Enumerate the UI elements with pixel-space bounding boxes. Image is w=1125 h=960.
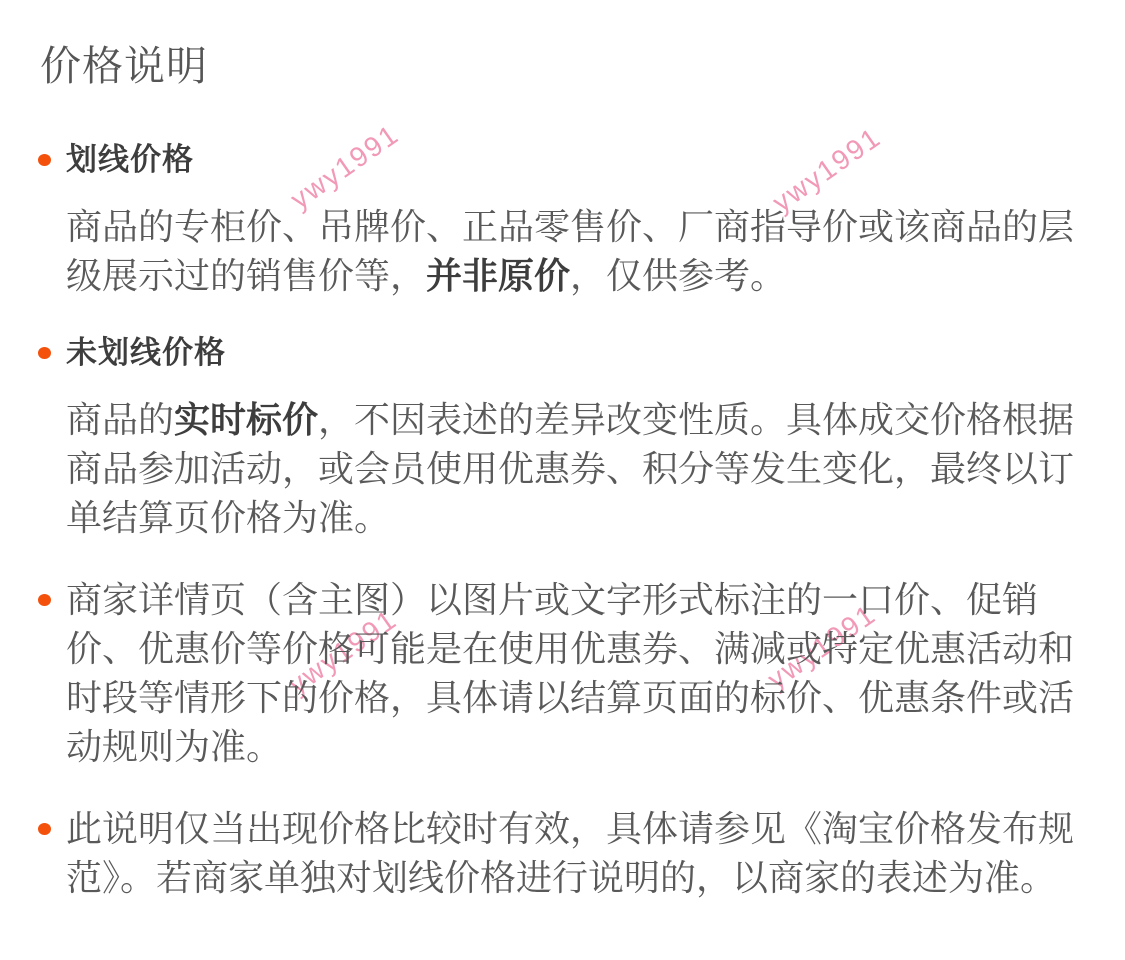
body-text: 范》。若商家单独对划线价格进行说明的，以商家的表述为准。 bbox=[66, 857, 1056, 898]
paragraph-line: 价、优惠价等价格可能是在使用优惠券、满减或特定优惠活动和 bbox=[66, 624, 1080, 673]
paragraph-line: 商家详情页（含主图）以图片或文字形式标注的一口价、促销 bbox=[66, 575, 1080, 624]
bullet-dot bbox=[38, 594, 51, 606]
body-text: 商品的 bbox=[66, 399, 174, 440]
bullet-dot bbox=[38, 347, 51, 359]
bullet-dot bbox=[38, 154, 51, 166]
section-heading: 划线价格 bbox=[66, 140, 1080, 180]
paragraph-line: 范》。若商家单独对划线价格进行说明的，以商家的表述为准。 bbox=[66, 853, 1080, 902]
paragraph-line: 商品参加活动，或会员使用优惠券、积分等发生变化，最终以订 bbox=[66, 444, 1080, 493]
body-text: 此说明仅当出现价格比较时有效，具体请参见《淘宝价格发布规 bbox=[66, 808, 1074, 849]
body-text: 级展示过的销售价等， bbox=[66, 255, 426, 296]
paragraph-line: 商品的专柜价、吊牌价、正品零售价、厂商指导价或该商品的层 bbox=[66, 202, 1080, 251]
paragraph-line: 动规则为准。 bbox=[66, 722, 1080, 771]
body-text: 商品参加活动，或会员使用优惠券、积分等发生变化，最终以订 bbox=[66, 448, 1074, 489]
bold-text: 并非原价 bbox=[426, 255, 570, 296]
body-text: ，不因表述的差异改变性质。具体成交价格根据 bbox=[318, 399, 1074, 440]
page-title: 价格说明 bbox=[40, 44, 1080, 88]
bullet-dot bbox=[38, 823, 51, 835]
body-text: 商家详情页（含主图）以图片或文字形式标注的一口价、促销 bbox=[66, 579, 1038, 620]
price-section: 此说明仅当出现价格比较时有效，具体请参见《淘宝价格发布规范》。若商家单独对划线价… bbox=[40, 804, 1080, 902]
body-text: ，仅供参考。 bbox=[570, 255, 786, 296]
section-body: 商品的实时标价，不因表述的差异改变性质。具体成交价格根据商品参加活动，或会员使用… bbox=[66, 395, 1080, 542]
price-section: 划线价格 商品的专柜价、吊牌价、正品零售价、厂商指导价或该商品的层级展示过的销售… bbox=[40, 140, 1080, 300]
body-text: 价、优惠价等价格可能是在使用优惠券、满减或特定优惠活动和 bbox=[66, 628, 1074, 669]
paragraph-line: 商品的实时标价，不因表述的差异改变性质。具体成交价格根据 bbox=[66, 395, 1080, 444]
bold-text: 实时标价 bbox=[174, 399, 318, 440]
body-text: 动规则为准。 bbox=[66, 726, 282, 767]
body-text: 单结算页价格为准。 bbox=[66, 497, 390, 538]
price-notice: 价格说明 划线价格 商品的专柜价、吊牌价、正品零售价、厂商指导价或该商品的层级展… bbox=[40, 44, 1080, 935]
paragraph-line: 单结算页价格为准。 bbox=[66, 493, 1080, 542]
section-body: 商家详情页（含主图）以图片或文字形式标注的一口价、促销价、优惠价等价格可能是在使… bbox=[66, 575, 1080, 771]
section-body: 商品的专柜价、吊牌价、正品零售价、厂商指导价或该商品的层级展示过的销售价等，并非… bbox=[66, 202, 1080, 300]
paragraph-line: 此说明仅当出现价格比较时有效，具体请参见《淘宝价格发布规 bbox=[66, 804, 1080, 853]
body-text: 商品的专柜价、吊牌价、正品零售价、厂商指导价或该商品的层 bbox=[66, 206, 1074, 247]
paragraph-line: 时段等情形下的价格，具体请以结算页面的标价、优惠条件或活 bbox=[66, 673, 1080, 722]
body-text: 时段等情形下的价格，具体请以结算页面的标价、优惠条件或活 bbox=[66, 677, 1074, 718]
paragraph-line: 级展示过的销售价等，并非原价，仅供参考。 bbox=[66, 251, 1080, 300]
price-section: 商家详情页（含主图）以图片或文字形式标注的一口价、促销价、优惠价等价格可能是在使… bbox=[40, 575, 1080, 771]
sections-container: 划线价格 商品的专柜价、吊牌价、正品零售价、厂商指导价或该商品的层级展示过的销售… bbox=[40, 140, 1080, 902]
price-section: 未划线价格 商品的实时标价，不因表述的差异改变性质。具体成交价格根据商品参加活动… bbox=[40, 333, 1080, 542]
section-heading: 未划线价格 bbox=[66, 333, 1080, 373]
section-body: 此说明仅当出现价格比较时有效，具体请参见《淘宝价格发布规范》。若商家单独对划线价… bbox=[66, 804, 1080, 902]
